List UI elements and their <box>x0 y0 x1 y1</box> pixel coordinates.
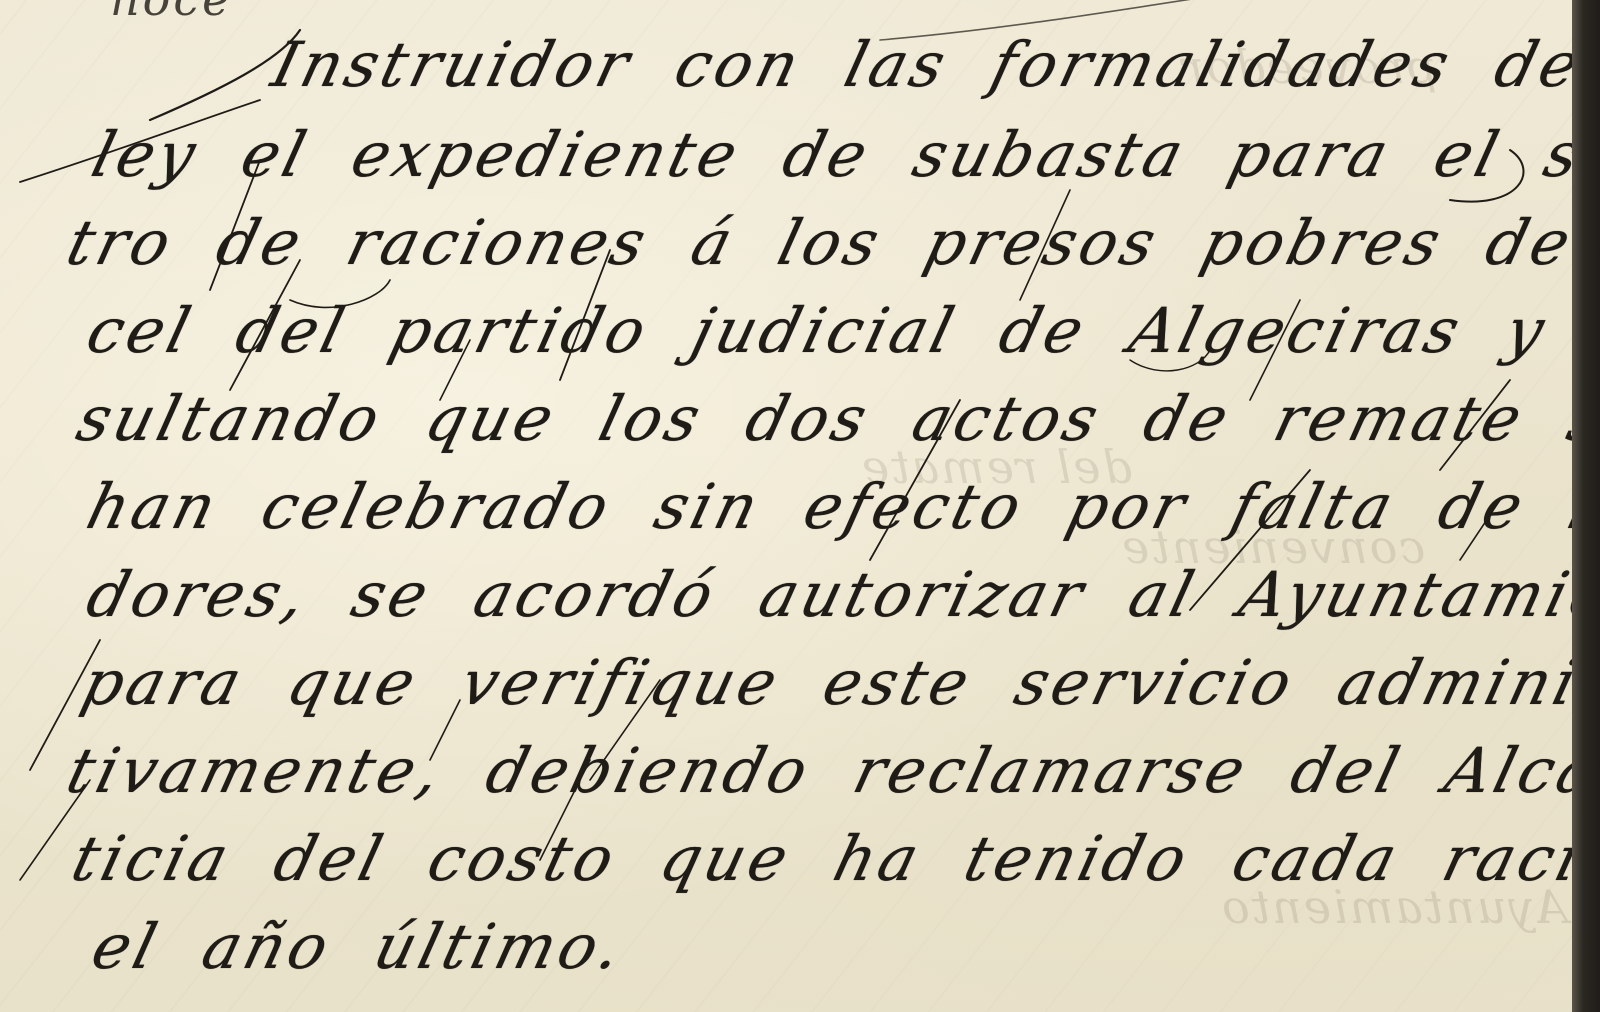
manuscript-line: tivamente, debiendo reclamarse del Alcal… <box>60 734 1572 807</box>
manuscript-line: para que verifique este servicio adminis… <box>75 646 1572 719</box>
manuscript-line: dores, se acordó autorizar al Ayuntamien… <box>80 558 1572 631</box>
handwritten-text-block: Instruidor con las formalidades de la le… <box>0 0 1572 1012</box>
manuscript-line: cel del partido judicial de Algeciras y … <box>80 294 1572 367</box>
manuscript-line: ley el expediente de subasta para el sum… <box>85 118 1572 191</box>
manuscript-line: tro de raciones á los presos pobres de l… <box>60 206 1572 279</box>
manuscript-page: proveedor conveniente el Ayuntamiento de… <box>0 0 1572 1012</box>
page-binding-edge <box>1572 0 1600 1012</box>
manuscript-line: han celebrado sin efecto por falta de li… <box>80 470 1572 543</box>
manuscript-line: ticia del costo que ha tenido cada ració… <box>65 822 1572 895</box>
manuscript-line: Instruidor con las formalidades de la <box>265 28 1572 101</box>
manuscript-line: sultando que los dos actos de remate se <box>70 382 1572 455</box>
manuscript-line: el año último. <box>85 910 633 983</box>
